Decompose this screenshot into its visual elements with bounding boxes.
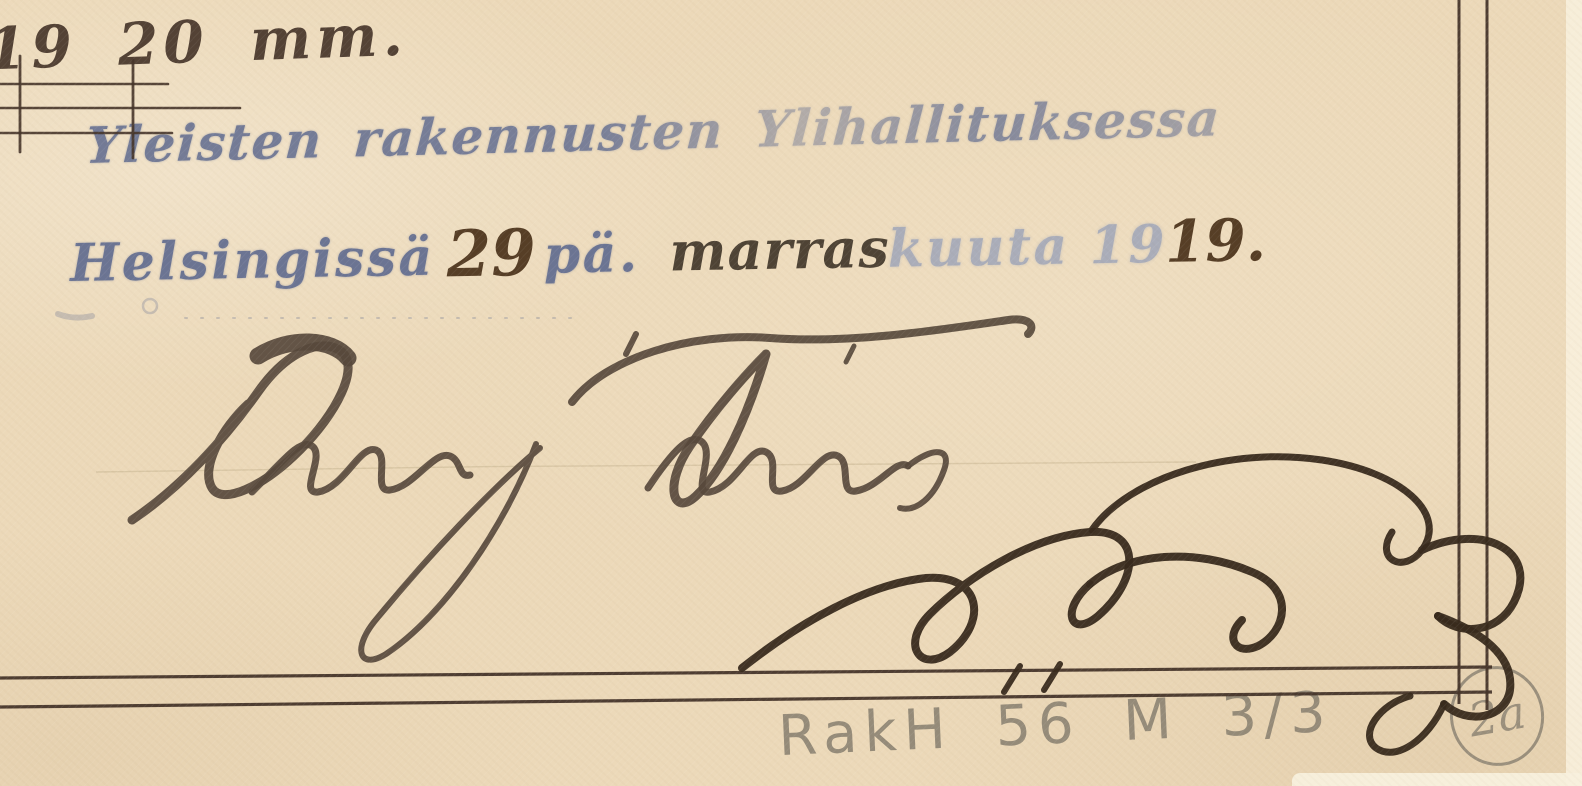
archive-code-pencil: RakH 56 M 3/3 [777, 680, 1334, 769]
document-scan: 19 20 mm. Yleisten rakennusten Ylihallit… [0, 0, 1582, 786]
corner-folio-mark-text: 2a [1464, 684, 1529, 747]
date-line: Helsingissä 29 pä. marras kuuta 19 19. [69, 201, 1266, 297]
month-suffix-stamp-text: kuuta [887, 216, 1070, 280]
corner-folio-mark: 2a [1442, 659, 1552, 774]
city-stamp-text: Helsingissä [70, 227, 436, 294]
office-stamp-text: Yleisten rakennusten Ylihallituksessa [84, 88, 1222, 175]
month-handwritten-text: marras [669, 216, 891, 284]
year-prefix-stamp-text: 19 [1089, 214, 1167, 276]
text-layer: 19 20 mm. Yleisten rakennusten Ylihallit… [0, 0, 1582, 786]
year-handwritten-text: 19. [1164, 206, 1266, 276]
day-suffix-stamp-text: pä. [543, 223, 640, 286]
day-handwritten-text: 29 [446, 216, 536, 293]
handwritten-top-fragment: 19 20 mm. [0, 1, 409, 84]
